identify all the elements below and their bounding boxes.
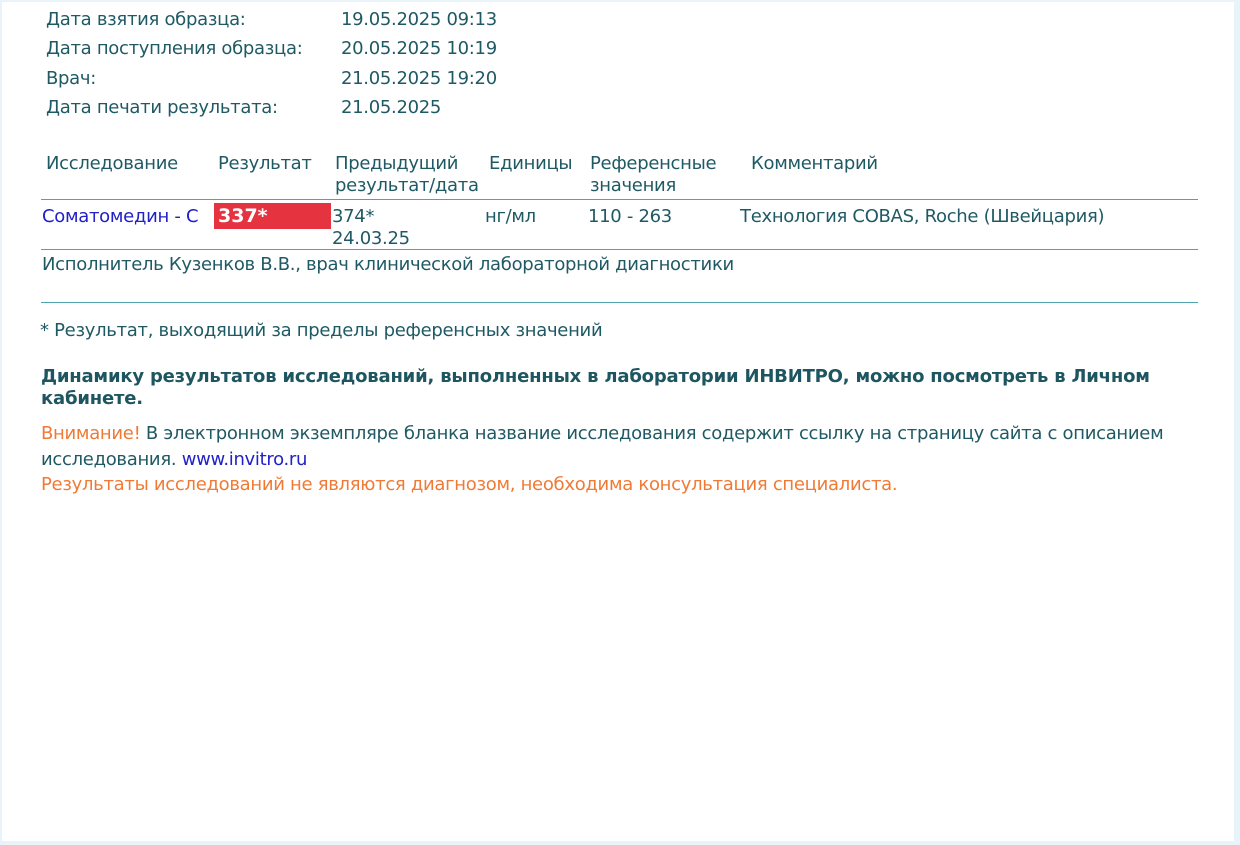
performer-line: Исполнитель Кузенков В.В., врач клиничес… — [42, 254, 734, 276]
sample-received-label: Дата поступления образца: — [46, 38, 303, 60]
header-comment: Комментарий — [751, 153, 878, 175]
sample-received-value: 20.05.2025 10:19 — [341, 38, 497, 60]
header-study: Исследование — [46, 153, 178, 175]
previous-result: 374* 24.03.25 — [332, 206, 410, 250]
study-link-somatomedin-c[interactable]: Соматомедин - С — [42, 206, 198, 228]
performer-rule — [41, 302, 1198, 303]
sample-taken-value: 19.05.2025 09:13 — [341, 9, 497, 31]
units-value: нг/мл — [485, 206, 536, 228]
header-previous: Предыдущий результат/дата — [335, 153, 479, 197]
reference-range: 110 - 263 — [588, 206, 672, 228]
lab-result-page: Дата взятия образца: 19.05.2025 09:13 Да… — [2, 2, 1234, 841]
print-date-label: Дата печати результата: — [46, 97, 278, 119]
header-reference-line2: значения — [590, 175, 716, 197]
warning-block: Внимание! В электронном экземпляре бланк… — [41, 421, 1211, 498]
print-date-value: 21.05.2025 — [341, 97, 441, 119]
table-rule-bottom — [41, 249, 1198, 250]
footnote-out-of-range: * Результат, выходящий за пределы рефере… — [40, 320, 602, 342]
warning-label: Внимание! — [41, 423, 140, 444]
header-previous-line1: Предыдущий — [335, 153, 479, 175]
previous-result-date: 24.03.25 — [332, 228, 410, 250]
diagnosis-disclaimer: Результаты исследований не являются диаг… — [41, 472, 1211, 498]
table-rule-top — [41, 199, 1198, 200]
doctor-value: 21.05.2025 19:20 — [341, 68, 497, 90]
dynamics-note: Динамику результатов исследований, выпол… — [41, 366, 1191, 410]
header-result: Результат — [218, 153, 312, 175]
header-previous-line2: результат/дата — [335, 175, 479, 197]
header-reference-line1: Референсные — [590, 153, 716, 175]
previous-result-value: 374* — [332, 206, 410, 228]
sample-taken-label: Дата взятия образца: — [46, 9, 246, 31]
header-units: Единицы — [489, 153, 572, 175]
comment-value: Технология COBAS, Roche (Швейцария) — [740, 206, 1104, 228]
doctor-label: Врач: — [46, 68, 96, 90]
header-reference: Референсные значения — [590, 153, 716, 197]
result-flagged-value: 337* — [214, 203, 331, 229]
invitro-site-link[interactable]: www.invitro.ru — [182, 449, 307, 470]
